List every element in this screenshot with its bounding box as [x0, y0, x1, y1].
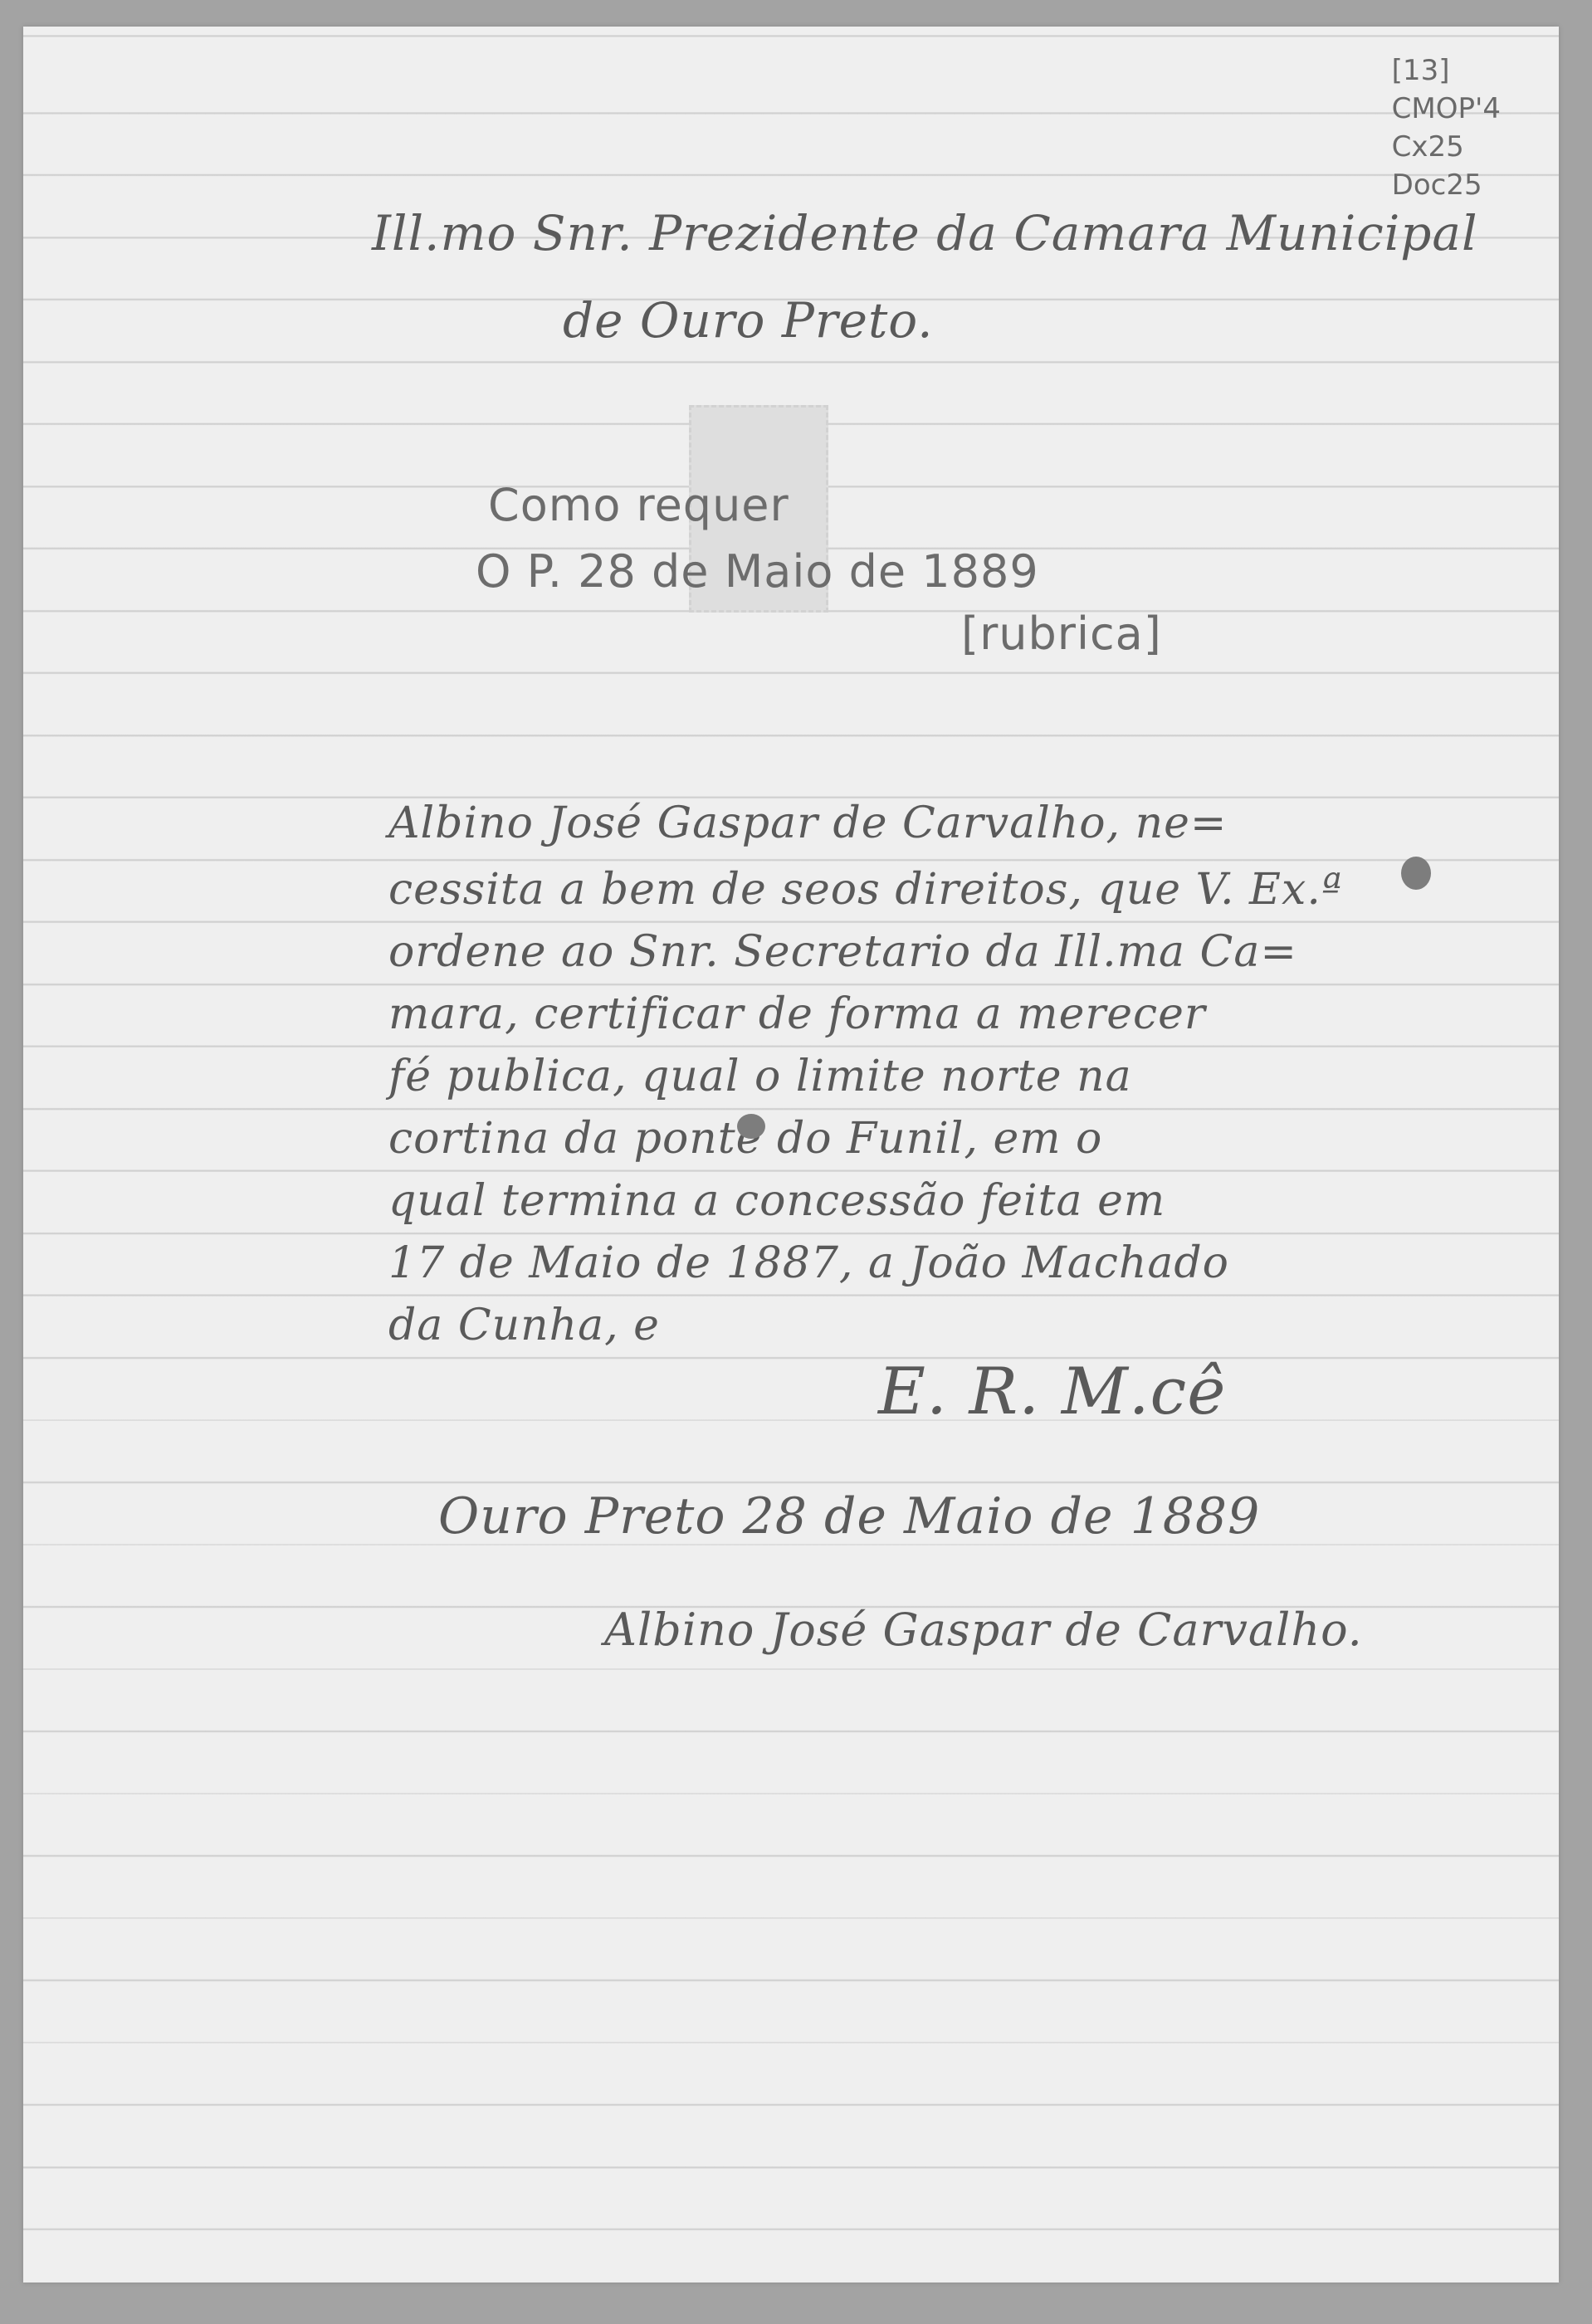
- body-line-3: ordene ao Snr. Secretario da Ill.ma Ca=: [388, 927, 1297, 977]
- body-line-1: Albino José Gaspar de Carvalho, ne=: [388, 798, 1227, 848]
- date-line: Ouro Preto 28 de Maio de 1889: [438, 1487, 1260, 1545]
- body-line-9: da Cunha, e: [388, 1301, 660, 1350]
- closing-formula: E. R. M.cê: [878, 1355, 1226, 1429]
- body-line-4: mara, certificar de forma a merecer: [388, 989, 1206, 1039]
- despacho-rubric: [rubrica]: [961, 608, 1162, 660]
- document-page: [13] CMOP'4 Cx25 Doc25 Ill.mo Snr. Prezi…: [23, 27, 1559, 2282]
- ink-blot: [737, 1114, 765, 1139]
- body-line-8: 17 de Maio de 1887, a João Machado: [388, 1238, 1229, 1288]
- archive-reference-marks: [13] CMOP'4 Cx25 Doc25: [1392, 51, 1501, 204]
- body-line-5: fé publica, qual o limite norte na: [388, 1052, 1132, 1101]
- address-line-1: Ill.mo Snr. Prezidente da Camara Municip…: [372, 205, 1478, 261]
- archive-mark-box: Cx25: [1392, 128, 1501, 166]
- address-line-2: de Ouro Preto.: [563, 292, 934, 349]
- archive-mark-fund: CMOP'4: [1392, 90, 1501, 128]
- ink-blot: [1401, 857, 1431, 890]
- despacho-line-1: Como requer: [488, 479, 789, 531]
- archive-mark-doc: Doc25: [1392, 166, 1501, 204]
- signature: Albino José Gaspar de Carvalho.: [604, 1604, 1363, 1656]
- body-line-7: qual termina a concessão feita em: [388, 1176, 1165, 1226]
- body-line-2: cessita a bem de seos direitos, que V. E…: [388, 865, 1343, 915]
- despacho-line-2: O P. 28 de Maio de 1889: [476, 545, 1039, 598]
- archive-mark-number: [13]: [1392, 51, 1501, 90]
